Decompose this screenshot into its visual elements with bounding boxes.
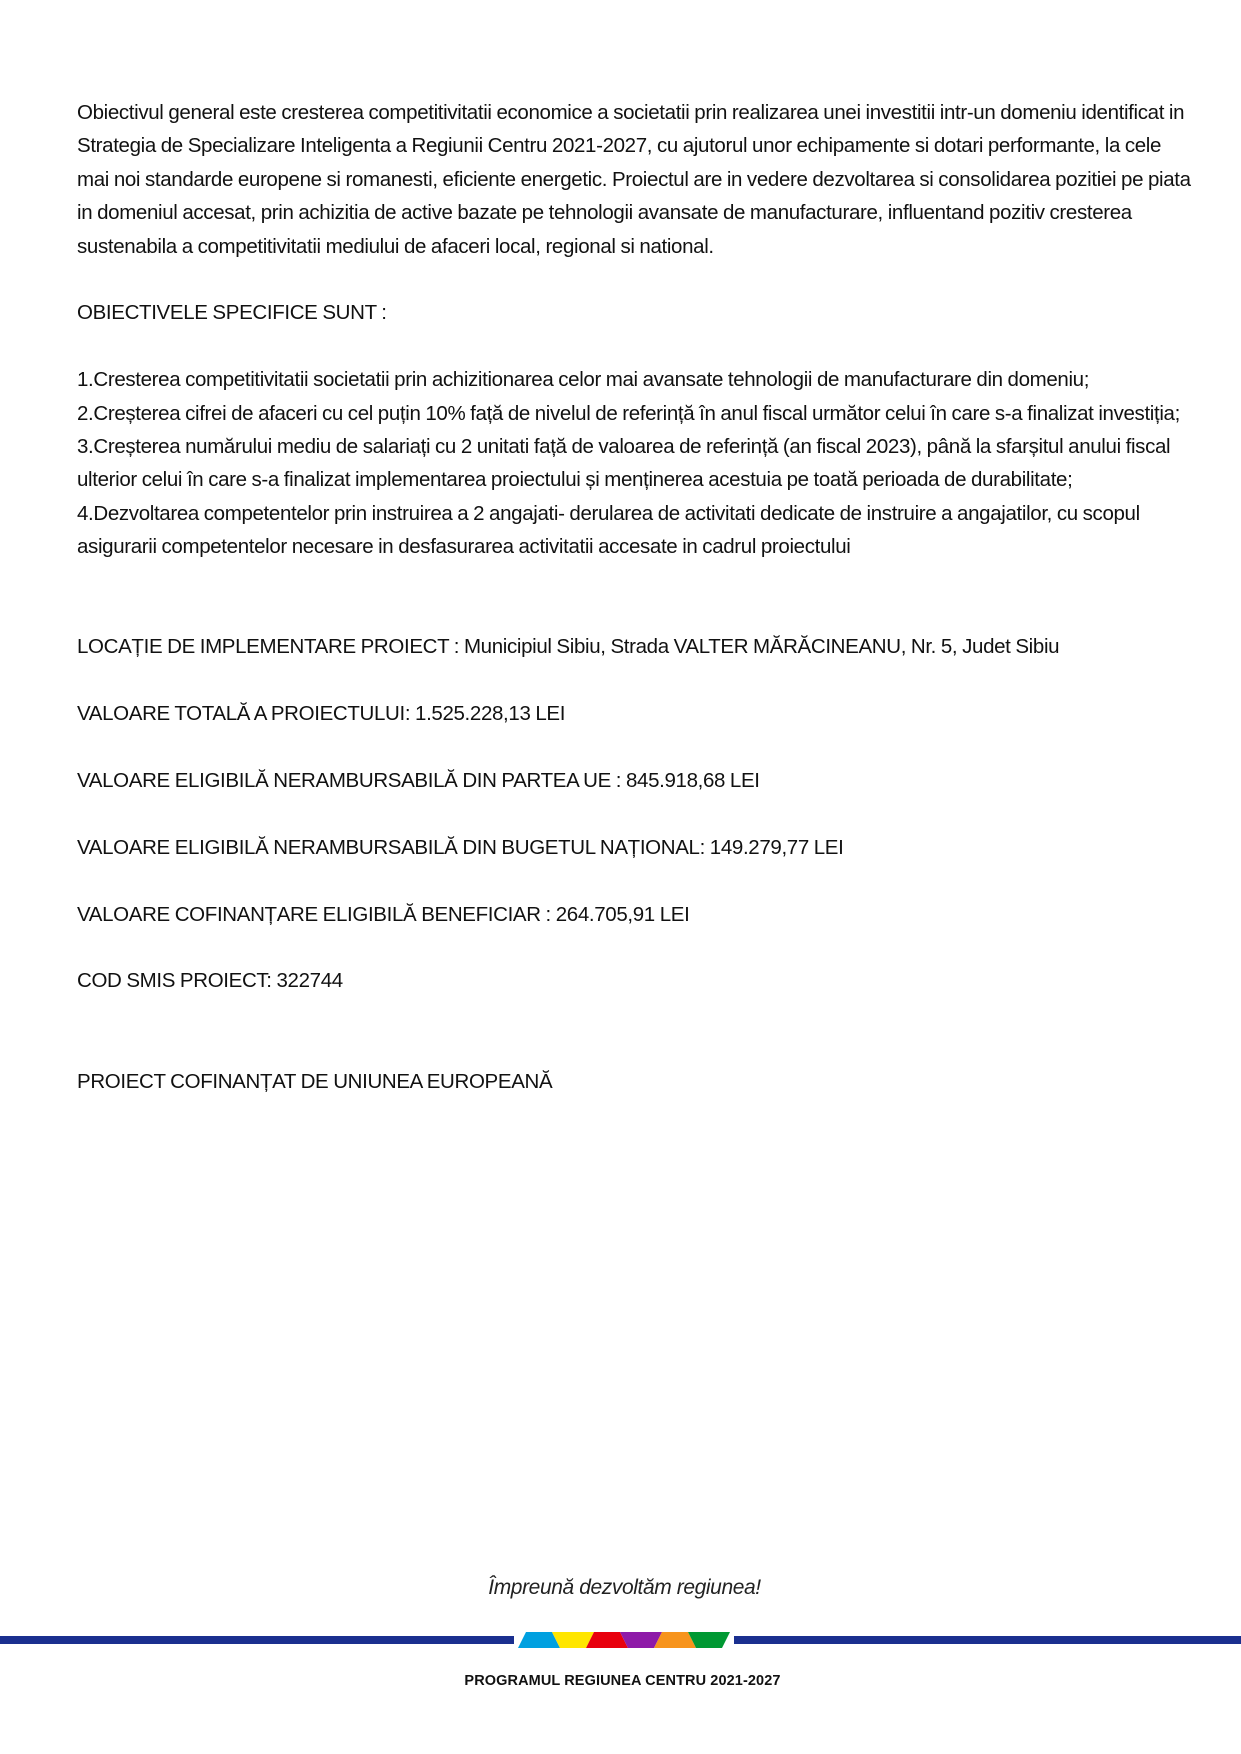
document-body: Obiectivul general este cresterea compet… [77, 96, 1197, 1098]
total-project-value: VALOARE TOTALĂ A PROIECTULUI: 1.525.228,… [77, 697, 1197, 730]
slogan-text: Împreună dezvoltăm regiunea! [488, 1576, 760, 1599]
eu-cofinanced-statement: PROIECT COFINANȚAT DE UNIUNEA EUROPEANĂ [77, 1065, 1197, 1098]
spacer [77, 998, 1197, 1065]
spacer [77, 564, 1197, 631]
spacer [77, 330, 1197, 363]
regional-colors-logo-strip [514, 1630, 734, 1650]
national-budget-value: VALOARE ELIGIBILĂ NERAMBURSABILĂ DIN BUG… [77, 831, 1197, 864]
spacer [77, 864, 1197, 897]
general-objective-paragraph: Obiectivul general este cresterea compet… [77, 96, 1197, 263]
specific-objectives-heading: OBIECTIVELE SPECIFICE SUNT : [77, 296, 1197, 329]
program-title: PROGRAMUL REGIUNEA CENTRU 2021-2027 [0, 1673, 1241, 1689]
spacer [77, 731, 1197, 764]
spacer [77, 931, 1197, 964]
spacer [77, 797, 1197, 830]
objective-item: 1.Cresterea competitivitatii societatii … [77, 363, 1197, 396]
colored-trapezoids-icon [514, 1630, 734, 1650]
specific-objectives-list: 1.Cresterea competitivitatii societatii … [77, 363, 1197, 563]
spacer [77, 263, 1197, 296]
objective-item: 2.Creșterea cifrei de afaceri cu cel puț… [77, 397, 1197, 430]
footer-slogan: Împreună dezvoltăm regiunea! [0, 1576, 1241, 1600]
spacer [77, 664, 1197, 697]
beneficiary-cofinancing-value: VALOARE COFINANȚARE ELIGIBILĂ BENEFICIAR… [77, 898, 1197, 931]
program-title-text: PROGRAMUL REGIUNEA CENTRU 2021-2027 [464, 1673, 780, 1689]
objective-item: 3.Creșterea numărului mediu de salariați… [77, 430, 1197, 497]
eu-eligible-value: VALOARE ELIGIBILĂ NERAMBURSABILĂ DIN PAR… [77, 764, 1197, 797]
implementation-location: LOCAȚIE DE IMPLEMENTARE PROIECT : Munici… [77, 630, 1197, 663]
objective-item: 4.Dezvoltarea competentelor prin instrui… [77, 497, 1197, 564]
smis-code: COD SMIS PROIECT: 322744 [77, 964, 1197, 997]
